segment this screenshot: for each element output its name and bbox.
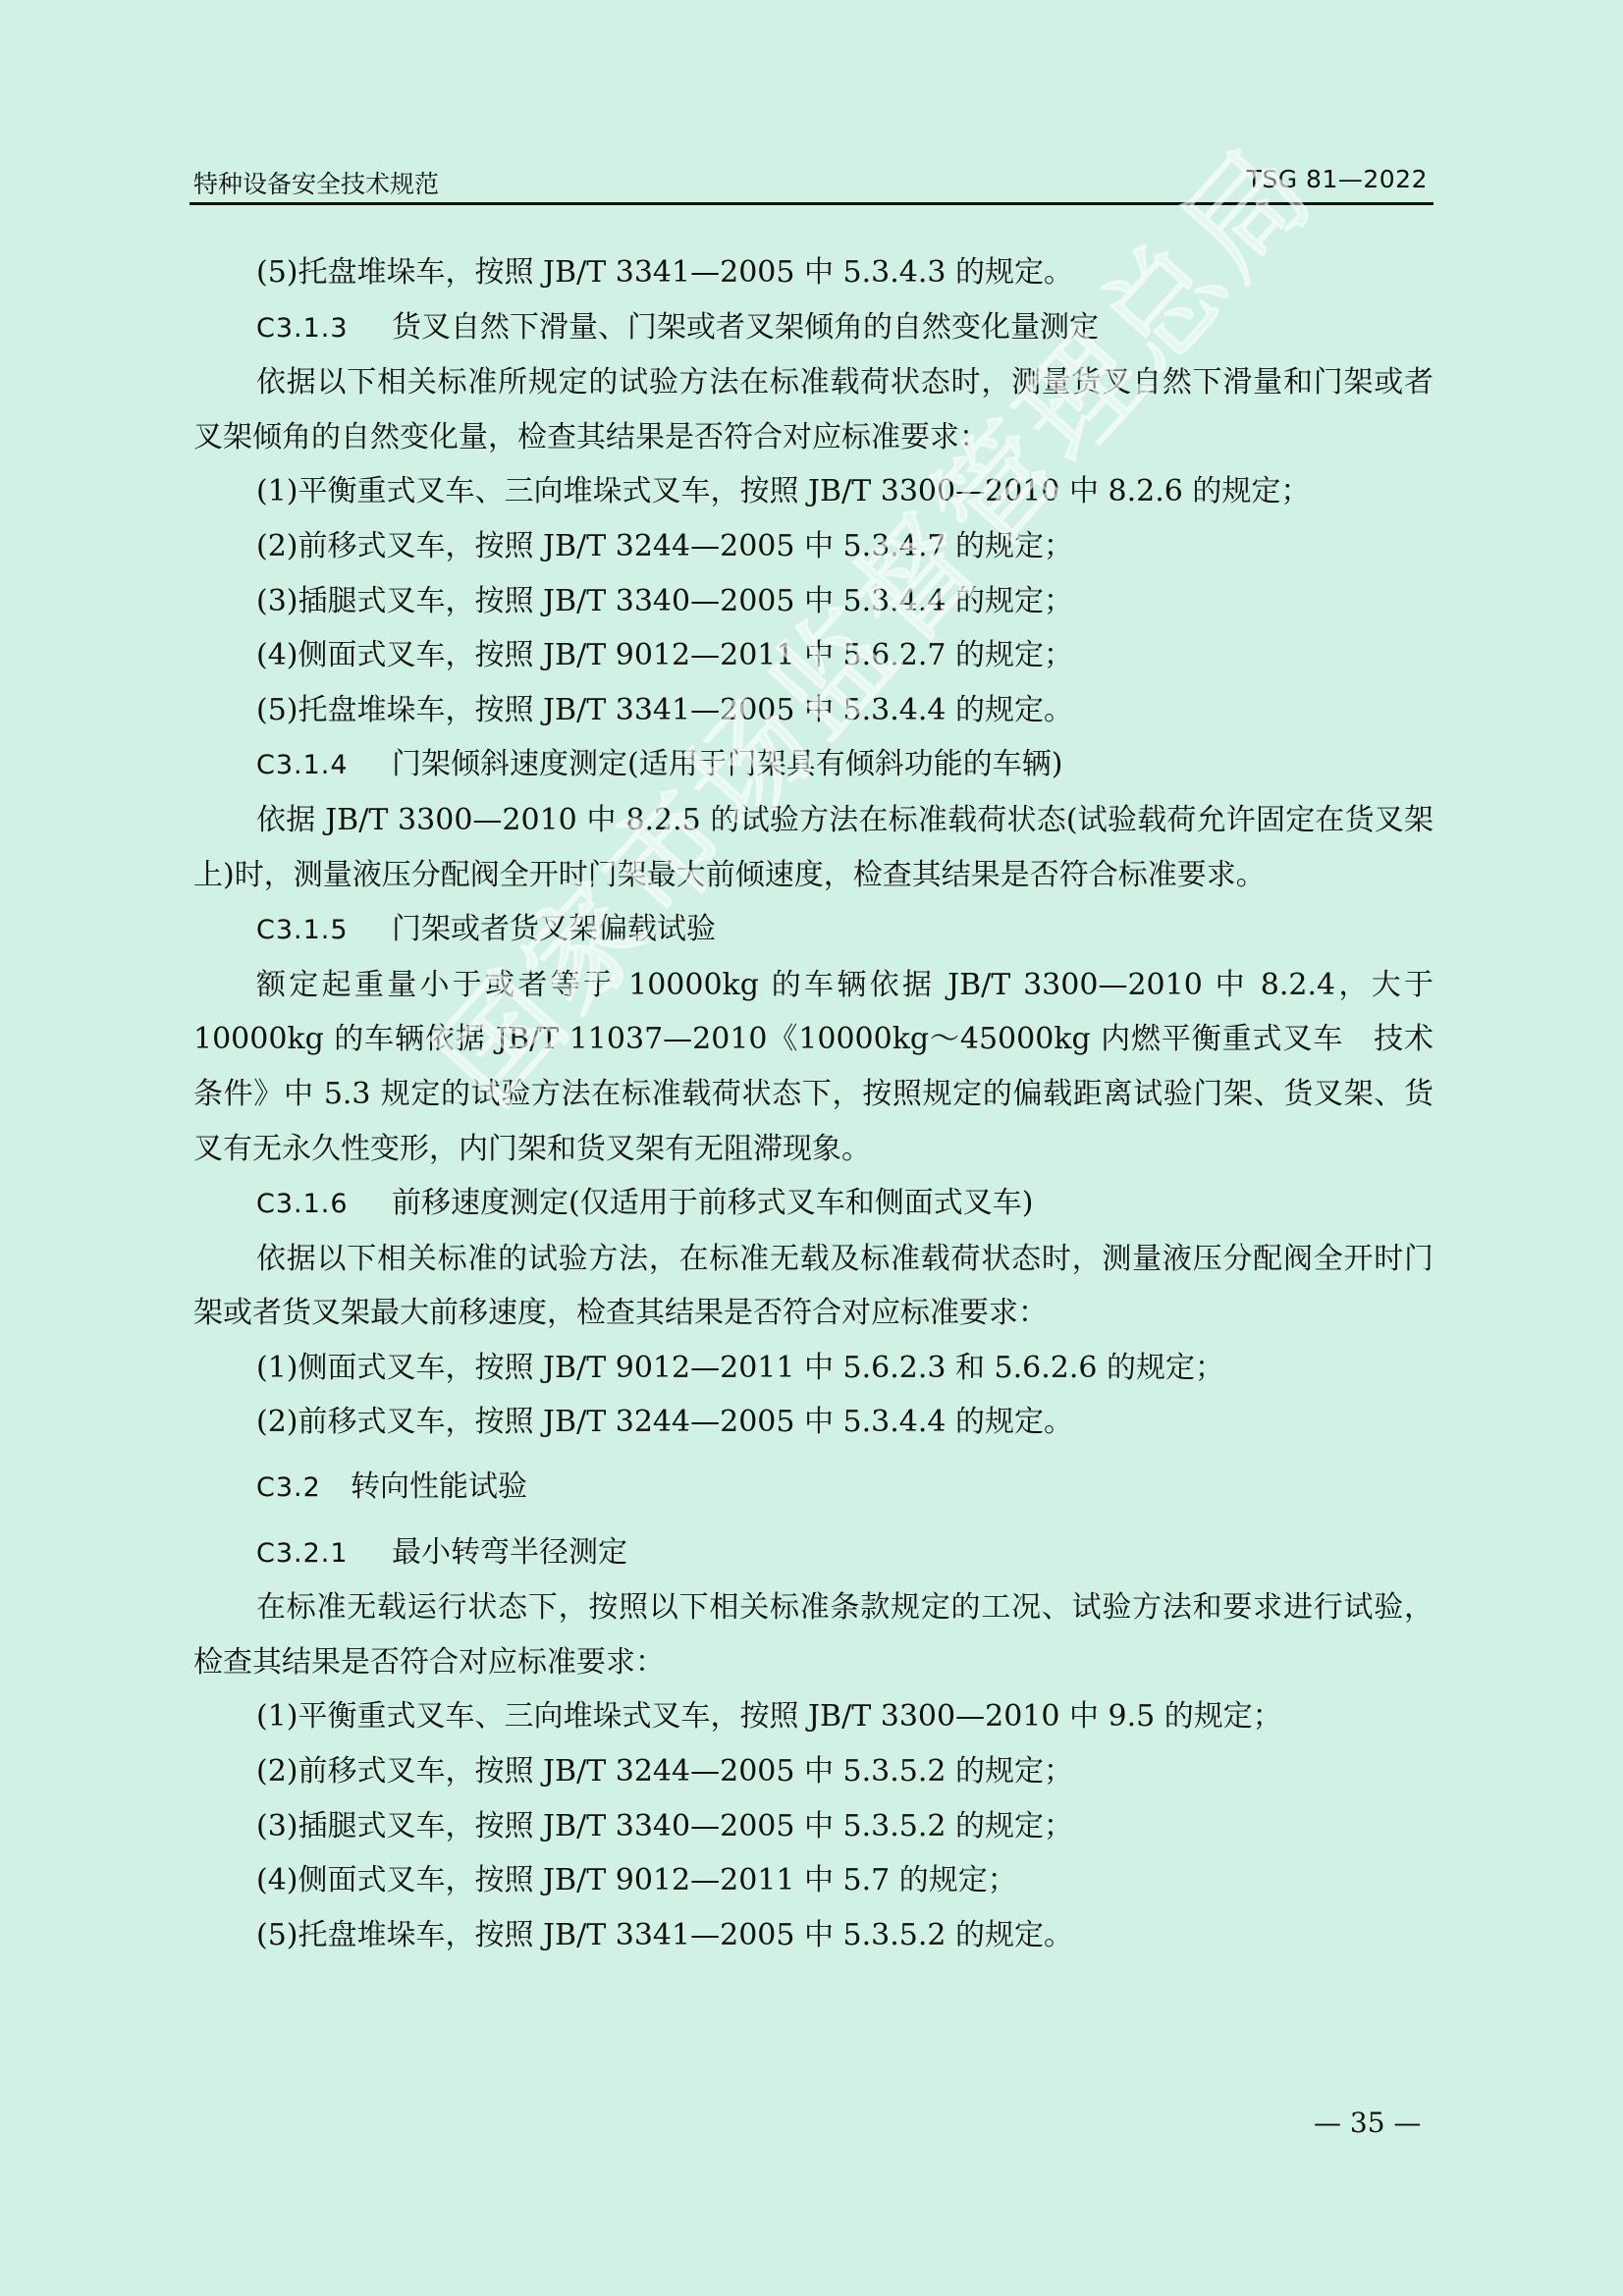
section-title: 门架或者货叉架偏载试验 (392, 912, 716, 946)
section-heading-c313: C3.1.3货叉自然下滑量、门架或者叉架倾角的自然变化量测定 (193, 300, 1434, 356)
list-item: (2)前移式叉车，按照 JB/T 3244—2005 中 5.3.4.4 的规定… (193, 1395, 1434, 1450)
paragraph: 额定起重量小于或者等于 10000kg 的车辆依据 JB/T 3300—2010… (193, 958, 1434, 1176)
list-item: (5)托盘堆垛车，按照 JB/T 3341—2005 中 5.3.5.2 的规定… (193, 1908, 1434, 1963)
list-item: (1)侧面式叉车，按照 JB/T 9012—2011 中 5.6.2.3 和 5… (193, 1341, 1434, 1396)
list-item: (4)侧面式叉车，按照 JB/T 9012—2011 中 5.7 的规定； (193, 1853, 1434, 1908)
page-number: — 35 — (1314, 2107, 1421, 2139)
document-body: (5)托盘堆垛车，按照 JB/T 3341—2005 中 5.3.4.3 的规定… (193, 245, 1434, 1962)
section-heading-c314: C3.1.4门架倾斜速度测定(适用于门架具有倾斜功能的车辆) (193, 737, 1434, 793)
section-title: 最小转弯半径测定 (392, 1535, 627, 1570)
paragraph: 依据以下相关标准的试验方法，在标准无载及标准载荷状态时，测量液压分配阀全开时门架… (193, 1232, 1434, 1341)
paragraph: 依据 JB/T 3300—2010 中 8.2.5 的试验方法在标准载荷状态(试… (193, 793, 1434, 902)
section-number: C3.1.3 (256, 301, 392, 356)
list-item: (4)侧面式叉车，按照 JB/T 9012—2011 中 5.6.2.7 的规定… (193, 628, 1434, 683)
section-title: 前移速度测定(仅适用于前移式叉车和侧面式叉车) (392, 1186, 1033, 1220)
list-item: (1)平衡重式叉车、三向堆垛式叉车，按照 JB/T 3300—2010 中 8.… (193, 464, 1434, 519)
paragraph: 依据以下相关标准所规定的试验方法在标准载荷状态时，测量货叉自然下滑量和门架或者叉… (193, 355, 1434, 464)
list-item: (5)托盘堆垛车，按照 JB/T 3341—2005 中 5.3.4.3 的规定… (193, 245, 1434, 300)
list-item: (1)平衡重式叉车、三向堆垛式叉车，按照 JB/T 3300—2010 中 9.… (193, 1689, 1434, 1744)
section-heading-c321: C3.2.1最小转弯半径测定 (193, 1525, 1434, 1581)
section-heading-c315: C3.1.5门架或者货叉架偏载试验 (193, 902, 1434, 958)
header-doc-code: TSG 81—2022 (1247, 165, 1428, 193)
list-item: (2)前移式叉车，按照 JB/T 3244—2005 中 5.3.4.7 的规定… (193, 519, 1434, 574)
section-title: 转向性能试验 (351, 1469, 527, 1504)
section-number: C3.2 (256, 1461, 351, 1516)
header-doc-category: 特种设备安全技术规范 (193, 165, 439, 200)
section-number: C3.1.6 (256, 1177, 392, 1232)
section-heading-c32: C3.2转向性能试验 (193, 1460, 1434, 1516)
section-title: 货叉自然下滑量、门架或者叉架倾角的自然变化量测定 (392, 310, 1099, 345)
page-header: 特种设备安全技术规范 TSG 81—2022 (189, 163, 1434, 205)
section-number: C3.1.4 (256, 738, 392, 793)
section-number: C3.2.1 (256, 1526, 392, 1581)
section-heading-c316: C3.1.6前移速度测定(仅适用于前移式叉车和侧面式叉车) (193, 1176, 1434, 1232)
list-item: (3)插腿式叉车，按照 JB/T 3340—2005 中 5.3.4.4 的规定… (193, 574, 1434, 629)
paragraph: 在标准无载运行状态下，按照以下相关标准条款规定的工况、试验方法和要求进行试验，检… (193, 1580, 1434, 1689)
list-item: (3)插腿式叉车，按照 JB/T 3340—2005 中 5.3.5.2 的规定… (193, 1799, 1434, 1854)
section-number: C3.1.5 (256, 903, 392, 958)
section-title: 门架倾斜速度测定(适用于门架具有倾斜功能的车辆) (392, 747, 1062, 781)
list-item: (5)托盘堆垛车，按照 JB/T 3341—2005 中 5.3.4.4 的规定… (193, 683, 1434, 738)
list-item: (2)前移式叉车，按照 JB/T 3244—2005 中 5.3.5.2 的规定… (193, 1744, 1434, 1799)
